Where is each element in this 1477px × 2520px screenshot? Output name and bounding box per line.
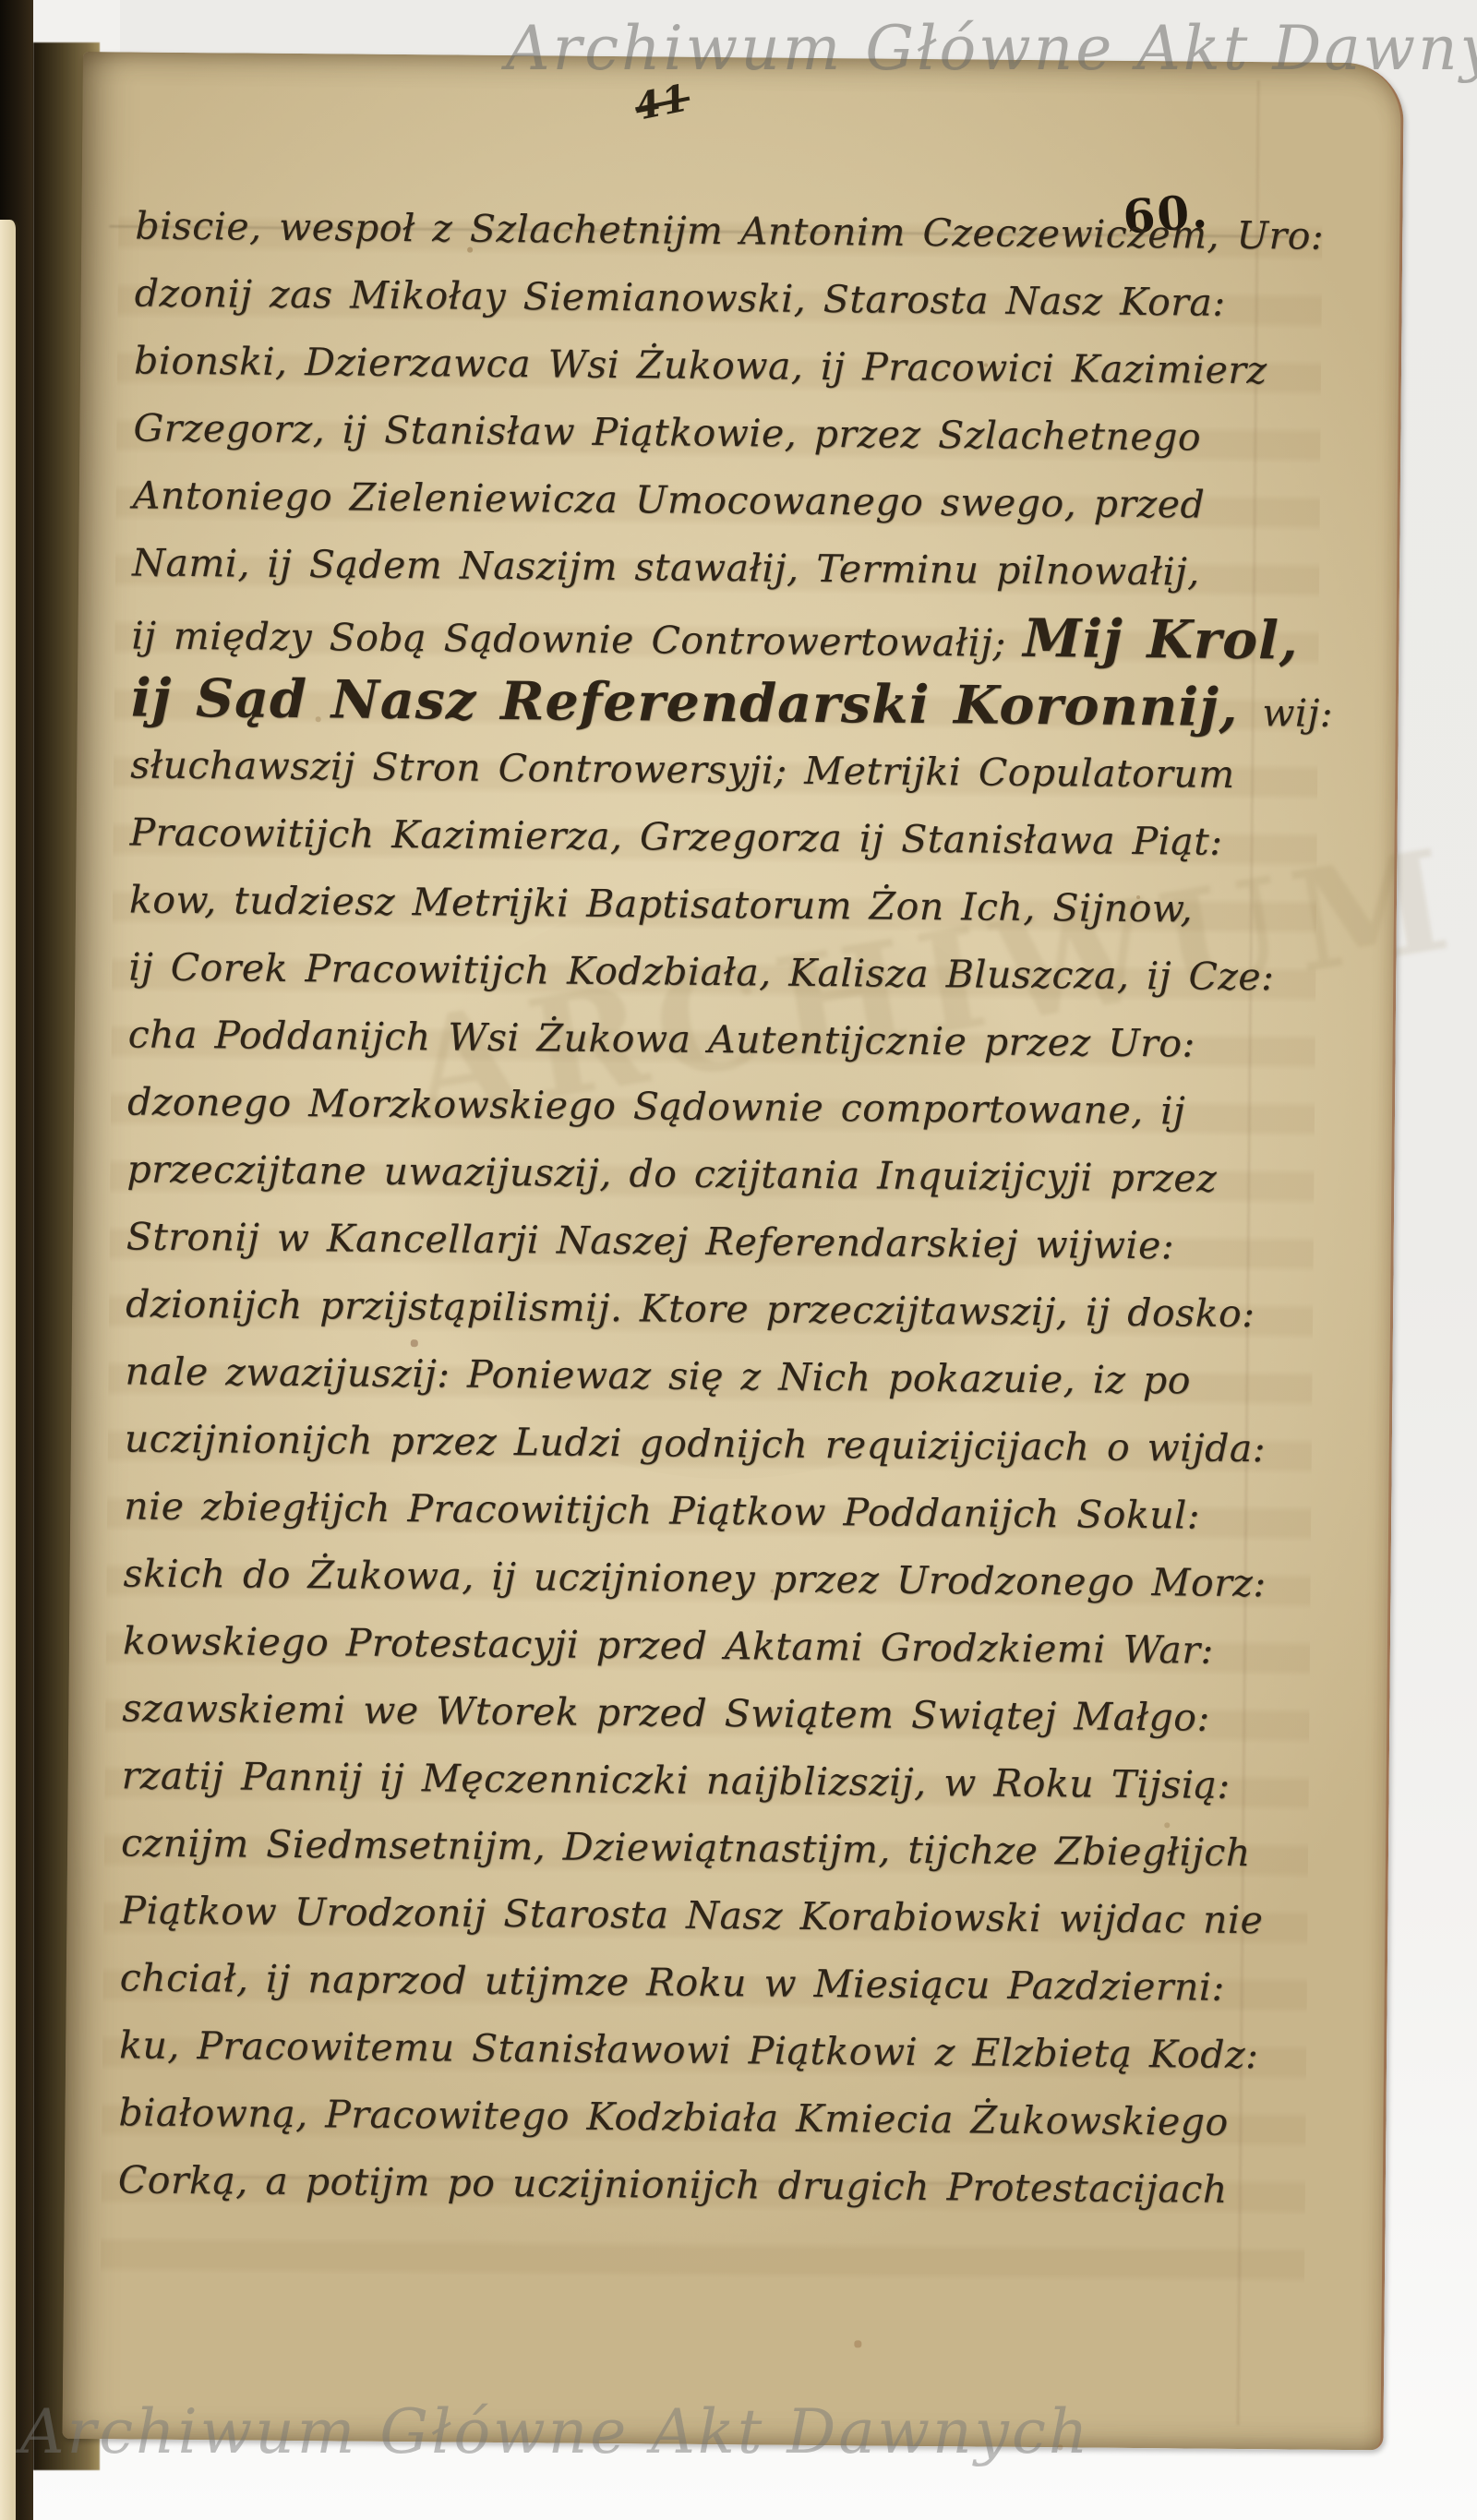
manuscript-line-segment: Antoniego Zieleniewicza Umocowanego sweg… <box>133 473 1206 526</box>
manuscript-line: Piątkow Urodzonij Starosta Nasz Korabiow… <box>120 1877 1284 1954</box>
manuscript-line: dzionijch przijstąpilismij. Ktore przecz… <box>126 1270 1290 1348</box>
manuscript-line-segment: białowną, Pracowitego Kodzbiała Kmiecia … <box>118 2090 1229 2143</box>
manuscript-line: Grzegorz, ij Stanisław Piątkowie, przez … <box>133 394 1297 472</box>
archive-watermark-top: Archiwum Główne Akt Dawnych <box>506 13 1477 84</box>
manuscript-line: nale zwazijuszij: Poniewaz się z Nich po… <box>125 1338 1289 1415</box>
manuscript-line: ij Corek Pracowitijch Kodzbiała, Kalisza… <box>128 933 1292 1011</box>
manuscript-line: szawskiemi we Wtorek przed Swiątem Swiąt… <box>122 1674 1286 1752</box>
manuscript-line: dzonij zas Mikołay Siemianowski, Starost… <box>134 259 1298 337</box>
manuscript-line-segment: rzatij Pannij ij Męczenniczki naijblizsz… <box>121 1753 1230 1806</box>
manuscript-line: rzatij Pannij ij Męczenniczki naijblizsz… <box>121 1742 1285 1819</box>
manuscript-line-segment: ij Corek Pracowitijch Kodzbiała, Kalisza… <box>128 944 1275 999</box>
manuscript-page: ARCHIWUM 41 60. biscie, wespoł z Szlache… <box>62 52 1404 2450</box>
manuscript-line-segment: chciał, ij naprzod utijmze Roku w Miesią… <box>120 1955 1225 2009</box>
manuscript-line: nie zbiegłijch Pracowitijch Piątkow Podd… <box>124 1472 1288 1550</box>
manuscript-line: chciał, ij naprzod utijmze Roku w Miesią… <box>119 1944 1283 2022</box>
manuscript-line-segment: dzionijch przijstąpilismij. Ktore przecz… <box>126 1281 1255 1336</box>
manuscript-line-segment: słuchawszij Stron Controwersyji; Metrijk… <box>130 742 1235 796</box>
manuscript-line: uczijnionijch przez Ludzi godnijch requi… <box>125 1405 1289 1482</box>
manuscript-line: białowną, Pracowitego Kodzbiała Kmiecia … <box>118 2079 1282 2156</box>
manuscript-line: ij Sąd Nasz Referendarski Koronnij, wij: <box>131 664 1295 741</box>
manuscript-line: słuchawszij Stron Controwersyji; Metrijk… <box>130 731 1294 809</box>
manuscript-line-segment: Pracowitijch Kazimierza, Grzegorza ij St… <box>129 810 1222 863</box>
manuscript-line-segment: dzonego Morzkowskiego Sądownie comportow… <box>127 1079 1185 1133</box>
underlying-page-edge <box>0 220 19 2520</box>
manuscript-line-segment: Grzegorz, ij Stanisław Piątkowie, przez … <box>133 405 1201 459</box>
archival-scan: { "page": { "watermark_top": "Archiwum G… <box>0 0 1477 2520</box>
manuscript-line-segment: kow, tudziesz Metrijki Baptisatorum Żon … <box>129 877 1194 930</box>
manuscript-line: Antoniego Zieleniewicza Umocowanego sweg… <box>132 462 1296 539</box>
manuscript-line: ku, Pracowitemu Stanisławowi Piątkowi z … <box>119 2011 1283 2089</box>
manuscript-line-segment: Nami, ij Sądem Naszijm stawałij, Terminu… <box>132 540 1200 594</box>
manuscript-line-segment: ij Sąd Nasz Referendarski Koronnij, <box>131 666 1263 738</box>
manuscript-line-segment: biscie, wespoł z Szlachetnijm Antonim Cz… <box>135 203 1324 258</box>
manuscript-line-segment: cha Poddanijch Wsi Żukowa Autentijcznie … <box>128 1012 1196 1065</box>
manuscript-line: cznijm Siedmsetnijm, Dziewiątnastijm, ti… <box>121 1809 1285 1887</box>
manuscript-line-segment: dzonij zas Mikołay Siemianowski, Starost… <box>135 270 1226 324</box>
manuscript-line-segment: Stronij w Kancellarji Naszej Referendars… <box>126 1214 1175 1267</box>
manuscript-line: przeczijtane uwazijuszij, do czijtania I… <box>126 1135 1291 1213</box>
archive-watermark-bottom: Archiwum Główne Akt Dawnych <box>20 2396 1090 2467</box>
manuscript-line: biscie, wespoł z Szlachetnijm Antonim Cz… <box>135 193 1299 270</box>
manuscript-line-segment: wij: <box>1262 690 1333 736</box>
manuscript-line-segment: nale zwazijuszij: Poniewaz się z Nich po… <box>125 1349 1191 1402</box>
manuscript-line-segment: skich do Żukowa, ij uczijnioney przez Ur… <box>123 1551 1267 1605</box>
manuscript-line: dzonego Morzkowskiego Sądownie comportow… <box>127 1068 1291 1146</box>
manuscript-line-segment: kowskiego Protestacyji przed Aktami Grod… <box>123 1618 1214 1672</box>
manuscript-line-segment: Corką, a potijm po uczijnionijch drugich… <box>118 2157 1228 2211</box>
handwritten-text-block: biscie, wespoł z Szlachetnijm Antonim Cz… <box>118 193 1299 2225</box>
manuscript-line-segment: Piątkow Urodzonij Starosta Nasz Korabiow… <box>120 1888 1263 1942</box>
manuscript-line-segment: Mij Krol, <box>1023 607 1299 672</box>
manuscript-line: kow, tudziesz Metrijki Baptisatorum Żon … <box>129 866 1293 943</box>
manuscript-line: Stronij w Kancellarji Naszej Referendars… <box>126 1203 1290 1280</box>
manuscript-line: ij między Sobą Sądownie Controwertowałij… <box>131 596 1295 674</box>
manuscript-line-segment: szawskiemi we Wtorek przed Swiątem Swiąt… <box>122 1686 1210 1739</box>
manuscript-line: Nami, ij Sądem Naszijm stawałij, Terminu… <box>132 529 1296 606</box>
manuscript-line: kowskiego Protestacyji przed Aktami Grod… <box>123 1607 1287 1685</box>
manuscript-line: skich do Żukowa, ij uczijnioney przez Ur… <box>123 1540 1287 1617</box>
manuscript-line: Pracowitijch Kazimierza, Grzegorza ij St… <box>129 798 1293 876</box>
manuscript-line-segment: ij między Sobą Sądownie Controwertowałij… <box>131 613 1023 665</box>
manuscript-line-segment: bionski, Dzierzawca Wsi Żukowa, ij Praco… <box>134 338 1267 392</box>
manuscript-line-segment: nie zbiegłijch Pracowitijch Piątkow Podd… <box>124 1483 1200 1537</box>
manuscript-line: bionski, Dzierzawca Wsi Żukowa, ij Praco… <box>134 327 1298 404</box>
paper-speckles <box>83 52 85 54</box>
manuscript-line: cha Poddanijch Wsi Żukowa Autentijcznie … <box>127 1001 1291 1078</box>
manuscript-line-segment: przeczijtane uwazijuszij, do czijtania I… <box>126 1146 1217 1200</box>
manuscript-line: Corką, a potijm po uczijnionijch drugich… <box>118 2146 1282 2224</box>
manuscript-line-segment: uczijnionijch przez Ludzi godnijch requi… <box>125 1416 1267 1470</box>
manuscript-line-segment: ku, Pracowitemu Stanisławowi Piątkowi z … <box>119 2022 1259 2077</box>
manuscript-line-segment: cznijm Siedmsetnijm, Dziewiątnastijm, ti… <box>121 1820 1251 1875</box>
